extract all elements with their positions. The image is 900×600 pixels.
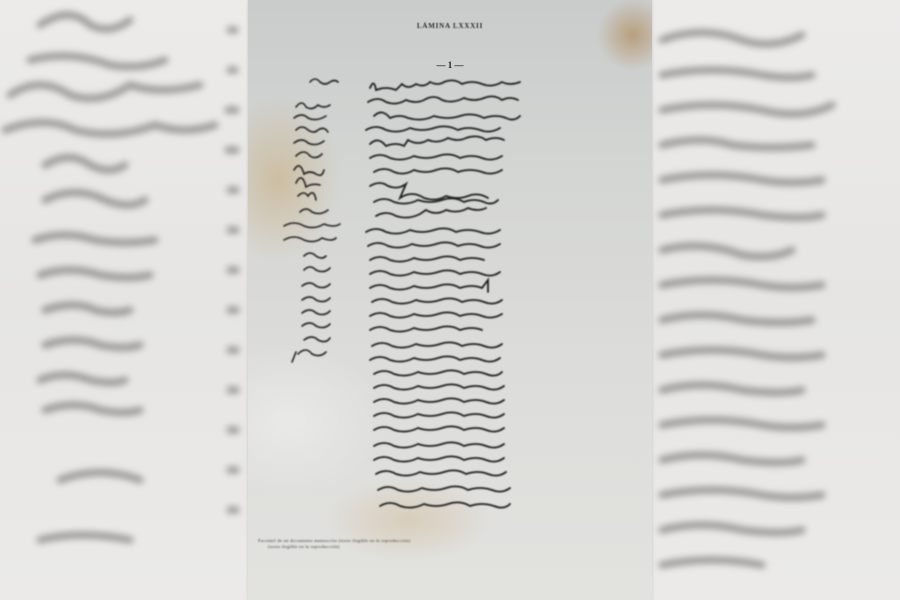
blurred-handwriting-right <box>652 0 900 600</box>
caption-line-2: (texto ilegible en la reproducción) <box>258 544 634 550</box>
blurred-background-right <box>652 0 900 600</box>
margin-column <box>284 79 340 362</box>
blurred-handwriting-left <box>0 0 248 600</box>
body-lines <box>366 80 520 507</box>
handwritten-text <box>248 0 652 600</box>
printed-caption: Facsímil de un documento manuscrito (tex… <box>258 538 634 550</box>
document-page: LÁMINA LXXXII — 1 — <box>248 0 652 600</box>
handwriting-strokes <box>248 0 652 600</box>
blurred-background-left <box>0 0 248 600</box>
